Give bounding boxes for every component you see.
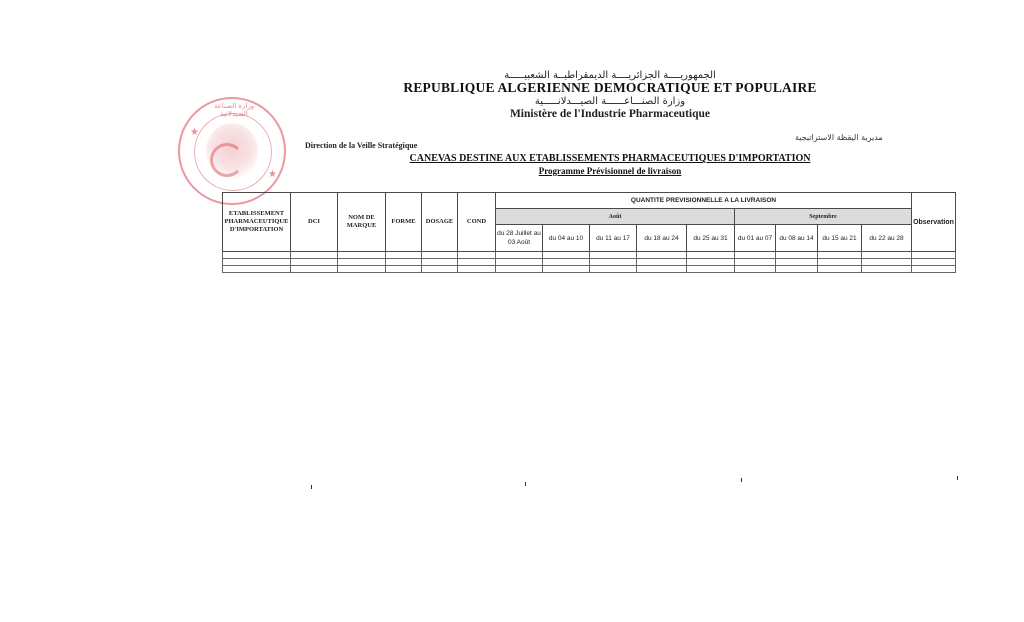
quantity-header: QUANTITE PREVISIONNELLE A LA LIVRAISON <box>496 193 912 209</box>
table-cell[interactable] <box>590 259 637 266</box>
direction-label-fr: Direction de la Veille Stratégique <box>305 141 417 150</box>
table-cell[interactable] <box>458 252 496 259</box>
scan-tick-mark <box>311 485 312 489</box>
week-header: du 11 au 17 <box>590 225 637 252</box>
table-cell[interactable] <box>386 259 422 266</box>
table-cell[interactable] <box>458 266 496 273</box>
table-cell[interactable] <box>687 266 735 273</box>
table-cell[interactable] <box>862 252 912 259</box>
crescent-icon <box>210 143 244 177</box>
table-cell[interactable] <box>223 252 291 259</box>
table-cell[interactable] <box>590 266 637 273</box>
col-header-observation: Observation <box>912 193 956 252</box>
star-icon: ★ <box>190 127 199 138</box>
table-cell[interactable] <box>338 259 386 266</box>
table-cell[interactable] <box>291 259 338 266</box>
table-cell[interactable] <box>543 266 590 273</box>
table-cell[interactable] <box>776 266 818 273</box>
table-cell[interactable] <box>543 252 590 259</box>
direction-label-ar: مديرية اليقظة الاستراتيجية <box>795 133 883 142</box>
col-header-forme: FORME <box>386 193 422 252</box>
table-cell[interactable] <box>818 252 862 259</box>
table-cell[interactable] <box>496 259 543 266</box>
week-header: du 15 au 21 <box>818 225 862 252</box>
republic-heading: REPUBLIQUE ALGERIENNE DEMOCRATIQUE ET PO… <box>360 80 860 96</box>
col-header-nom-de-marque: NOM DE MARQUE <box>338 193 386 252</box>
month-header-aout: Août <box>496 209 735 225</box>
month-header-septembre: Septembre <box>735 209 912 225</box>
table-body <box>223 252 956 273</box>
table-cell[interactable] <box>386 266 422 273</box>
col-header-cond: COND <box>458 193 496 252</box>
table-cell[interactable] <box>590 252 637 259</box>
table-cell[interactable] <box>637 266 687 273</box>
document-title: CANEVAS DESTINE AUX ETABLISSEMENTS PHARM… <box>340 153 880 164</box>
official-stamp: وزارة الصناعة الصيدلانية ★ ★ <box>178 97 286 205</box>
week-header: du 22 au 28 <box>862 225 912 252</box>
table-cell[interactable] <box>912 252 956 259</box>
table-cell[interactable] <box>735 252 776 259</box>
table-cell[interactable] <box>862 259 912 266</box>
table-cell[interactable] <box>687 252 735 259</box>
table-cell[interactable] <box>735 266 776 273</box>
col-header-dosage: DOSAGE <box>422 193 458 252</box>
table-cell[interactable] <box>496 252 543 259</box>
scan-tick-mark <box>525 482 526 486</box>
table-cell[interactable] <box>291 266 338 273</box>
table-cell[interactable] <box>338 266 386 273</box>
table-cell[interactable] <box>735 259 776 266</box>
table-cell[interactable] <box>543 259 590 266</box>
arabic-ministry-heading: وزارة الصنـــاعــــــة الصيـــدلانـــــي… <box>360 96 860 107</box>
col-header-etablissement: ETABLISSEMENT PHARMACEUTIQUE D'IMPORTATI… <box>223 193 291 252</box>
table-cell[interactable] <box>818 259 862 266</box>
table-cell[interactable] <box>862 266 912 273</box>
ministry-heading: Ministère de l'Industrie Pharmaceutique <box>360 108 860 120</box>
col-header-dci: DCI <box>291 193 338 252</box>
table-cell[interactable] <box>637 252 687 259</box>
week-header: du 18 au 24 <box>637 225 687 252</box>
week-header: du 01 au 07 <box>735 225 776 252</box>
scan-tick-mark <box>957 476 958 480</box>
table-cell[interactable] <box>422 259 458 266</box>
table-cell[interactable] <box>496 266 543 273</box>
table-cell[interactable] <box>223 266 291 273</box>
star-icon: ★ <box>268 169 277 180</box>
week-header: du 28 Juillet au 03 Août <box>496 225 543 252</box>
scan-tick-mark <box>741 478 742 482</box>
table-cell[interactable] <box>776 252 818 259</box>
table-cell[interactable] <box>422 266 458 273</box>
table-row <box>223 259 956 266</box>
table-cell[interactable] <box>386 252 422 259</box>
document-subtitle: Programme Prévisionnel de livraison <box>340 166 880 176</box>
table-cell[interactable] <box>912 259 956 266</box>
table-cell[interactable] <box>422 252 458 259</box>
week-header: du 04 au 10 <box>543 225 590 252</box>
table-cell[interactable] <box>223 259 291 266</box>
table-cell[interactable] <box>776 259 818 266</box>
delivery-schedule-table: ETABLISSEMENT PHARMACEUTIQUE D'IMPORTATI… <box>222 192 956 273</box>
table-cell[interactable] <box>637 259 687 266</box>
table-cell[interactable] <box>687 259 735 266</box>
table-cell[interactable] <box>291 252 338 259</box>
week-header: du 25 au 31 <box>687 225 735 252</box>
table-cell[interactable] <box>338 252 386 259</box>
table-cell[interactable] <box>458 259 496 266</box>
week-header: du 08 au 14 <box>776 225 818 252</box>
table-cell[interactable] <box>912 266 956 273</box>
table-row <box>223 252 956 259</box>
table-cell[interactable] <box>818 266 862 273</box>
table-row <box>223 266 956 273</box>
